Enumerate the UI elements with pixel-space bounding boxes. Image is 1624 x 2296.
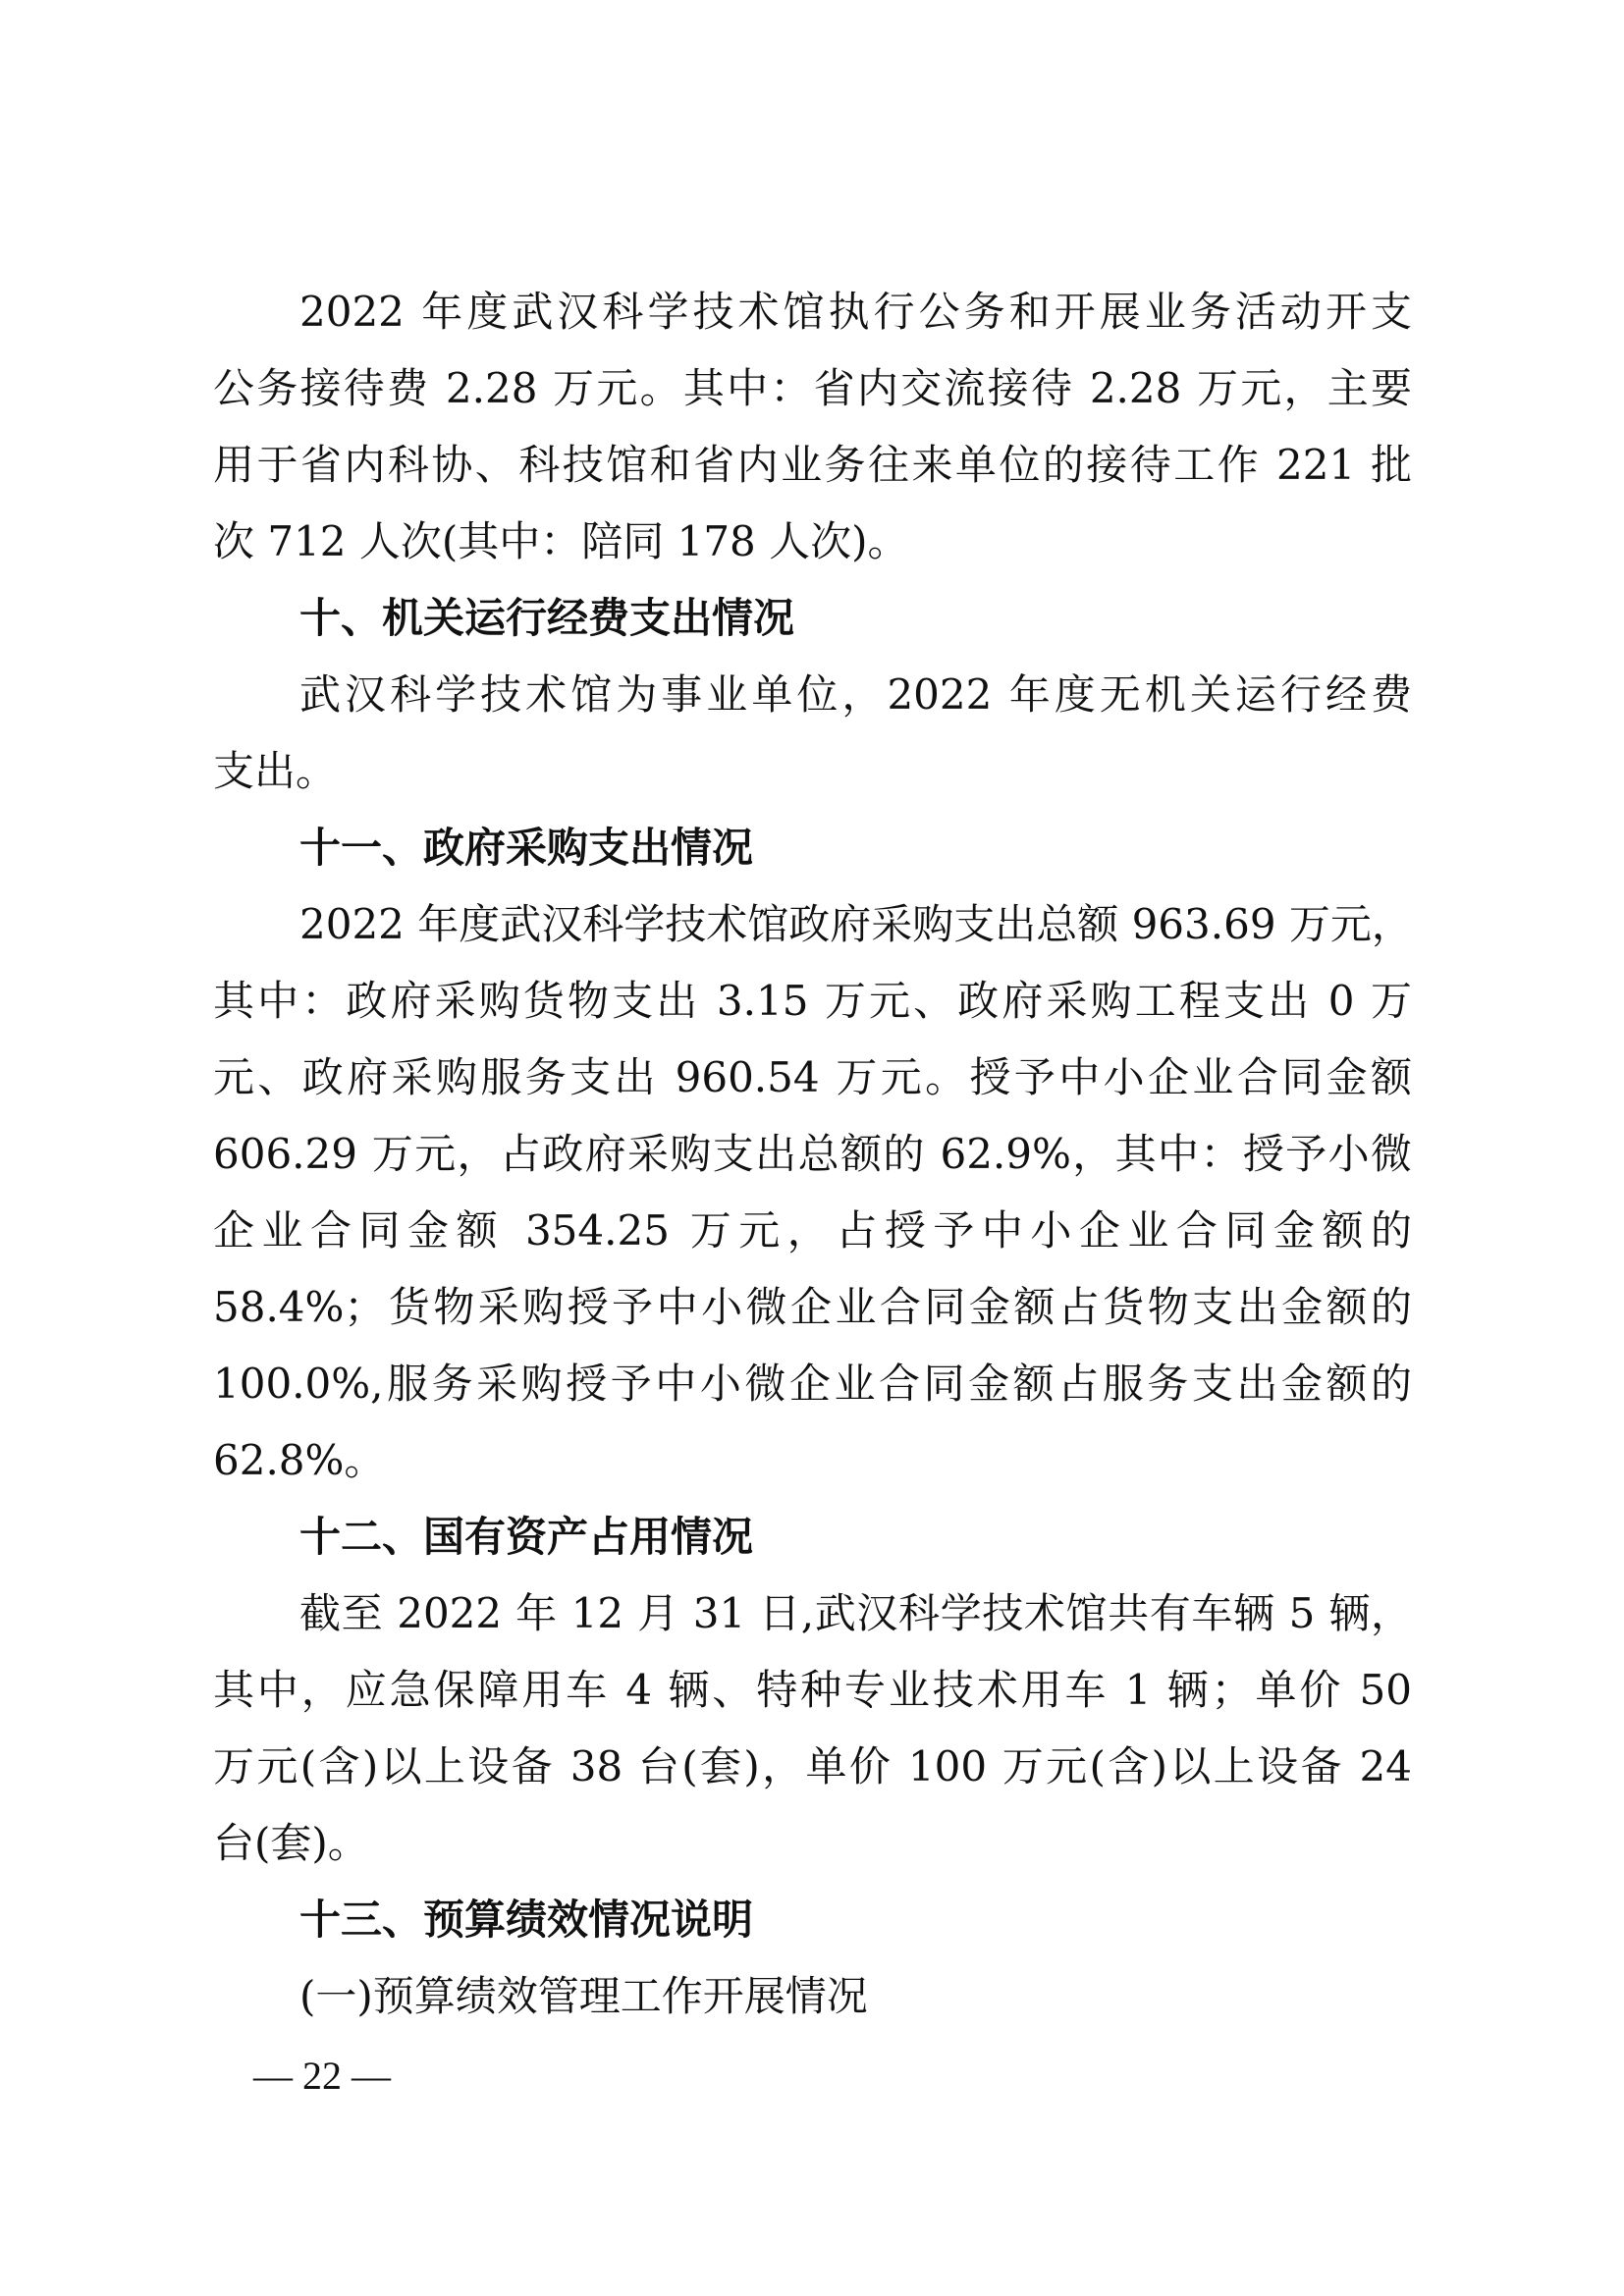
- paragraph-operating-cost-line-1: 武汉科学技术馆为事业单位，2022 年度无机关运行经费: [213, 657, 1412, 733]
- paragraph-reception-line-3: 用于省内科协、科技馆和省内业务往来单位的接待工作 221 批: [213, 427, 1412, 504]
- paragraph-procurement-line-7: 100.0%,服务采购授予中小微企业合同金额占服务支出金额的: [213, 1346, 1412, 1422]
- paragraph-procurement-line-8: 62.8%。: [213, 1422, 1412, 1499]
- section-heading-12: 十二、国有资产占用情况: [213, 1499, 1412, 1575]
- paragraph-assets-line-4: 台(套)。: [213, 1805, 1412, 1882]
- paragraph-procurement-line-1: 2022 年度武汉科学技术馆政府采购支出总额 963.69 万元，: [213, 886, 1412, 963]
- paragraph-procurement-line-4: 606.29 万元，占政府采购支出总额的 62.9%，其中：授予小微: [213, 1116, 1412, 1193]
- section-heading-11: 十一、政府采购支出情况: [213, 810, 1412, 886]
- subsection-heading-1: (一)预算绩效管理工作开展情况: [213, 1958, 1412, 2035]
- paragraph-assets-line-3: 万元(含)以上设备 38 台(套)，单价 100 万元(含)以上设备 24: [213, 1729, 1412, 1805]
- section-heading-10: 十、机关运行经费支出情况: [213, 580, 1412, 657]
- paragraph-reception-line-1: 2022 年度武汉科学技术馆执行公务和开展业务活动开支: [213, 274, 1412, 350]
- paragraph-procurement-line-5: 企业合同金额 354.25 万元，占授予中小企业合同金额的: [213, 1193, 1412, 1269]
- section-heading-13: 十三、预算绩效情况说明: [213, 1882, 1412, 1958]
- paragraph-reception-line-4: 次 712 人次(其中：陪同 178 人次)。: [213, 504, 1412, 580]
- paragraph-reception-line-2: 公务接待费 2.28 万元。其中：省内交流接待 2.28 万元，主要: [213, 350, 1412, 427]
- paragraph-procurement-line-6: 58.4%；货物采购授予中小微企业合同金额占货物支出金额的: [213, 1269, 1412, 1346]
- paragraph-operating-cost-line-2: 支出。: [213, 733, 1412, 810]
- paragraph-procurement-line-3: 元、政府采购服务支出 960.54 万元。授予中小企业合同金额: [213, 1040, 1412, 1116]
- page-number: — 22 —: [253, 2054, 391, 2099]
- paragraph-assets-line-2: 其中，应急保障用车 4 辆、特种专业技术用车 1 辆；单价 50: [213, 1652, 1412, 1729]
- paragraph-assets-line-1: 截至 2022 年 12 月 31 日,武汉科学技术馆共有车辆 5 辆，: [213, 1575, 1412, 1652]
- document-page: 2022 年度武汉科学技术馆执行公务和开展业务活动开支 公务接待费 2.28 万…: [213, 274, 1412, 2035]
- paragraph-procurement-line-2: 其中：政府采购货物支出 3.15 万元、政府采购工程支出 0 万: [213, 963, 1412, 1040]
